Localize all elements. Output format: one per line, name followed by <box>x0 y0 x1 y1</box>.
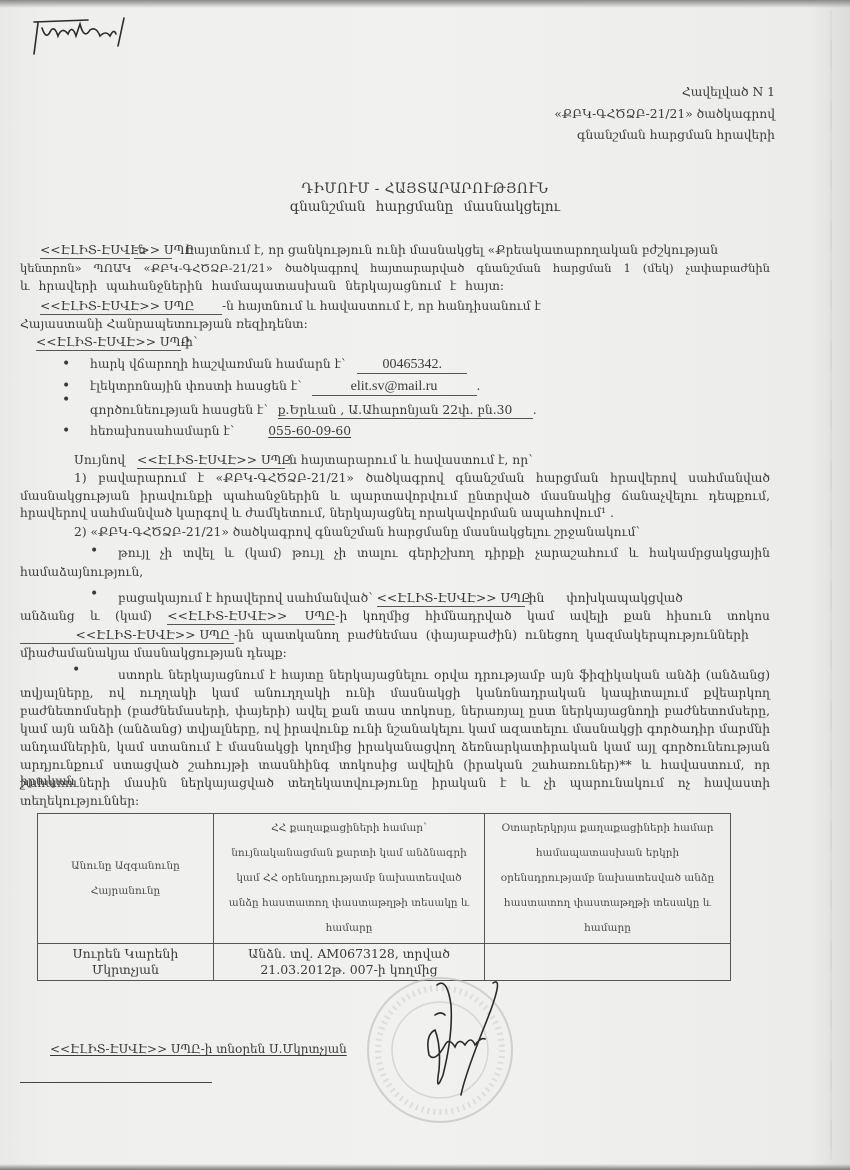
bullet-3-line-1: ստորև ներկայացնում է հայտը ներկայացնելու… <box>118 667 770 683</box>
detail-email: էլեկտրոնային փոստի հասցեն է՝ elit.sv@mai… <box>90 378 480 396</box>
clause-2-line-1: 2) «ՔԲԿ-ԳՀԾՁԲ-21/21» ծածկագրով գնանշման … <box>74 524 640 540</box>
bullet-dot: • <box>90 586 98 602</box>
bullet-3-line-2: տվյալները, ով ուղղակի կամ անուղղակի ունի… <box>20 685 770 701</box>
clause-1-line-1: 1) բավարարում է «ՔԲԿ-ԳՀԾՁԲ-21/21» ծածկագ… <box>74 470 770 486</box>
annex-doc: գնանշման հարցման հրավերի <box>577 127 775 143</box>
bullet-3-line-4: կամ այն անձի (անձանց) տվյալները, ով իրավ… <box>20 721 770 737</box>
bullet-2-line-1: բացակայում է հրավերով սահմանված՝ <<ԷԼԻՏ-… <box>118 590 683 607</box>
detail-tax-id: հարկ վճարողի հաշվառման համարն է՝ 0046534… <box>90 356 467 374</box>
bullet-3-line-3: բաժնետոմսերի (բաժնեմասերի, փայերի) ավել … <box>20 703 770 719</box>
phone-value: 055-60-09-60 <box>268 424 351 438</box>
company-name: <<ԷԼԻՏ-ԷՍՎԷ>> ՍՊԸ <box>137 452 285 469</box>
bullet-1-line-2: համաձայնություն, <box>20 564 143 580</box>
intro-line-2: կենտրոն» ՊՈԱԿ «ՔԲԿ-ԳՀԾՁԲ-21/21» ծածկագրո… <box>20 260 770 276</box>
beneficiaries-table: Անունը Ազգանունը Հայրանունը ՀՀ քաղաքացին… <box>37 813 731 981</box>
company-name: <<ԷԼԻՏ-ԷՍՎԷ>> ՍՊԸ <box>40 242 130 259</box>
beneficiary-name: Սուրեն Կարենի Մկրտչյան <box>38 944 214 981</box>
company-name: <<ԷԼԻՏ-ԷՍՎԷ>> ՍՊԸ <box>167 608 335 625</box>
detail-address: գործունեության հասցեն է՝ ք.Երևան , Ա.Ահա… <box>90 402 537 419</box>
signature-line <box>20 1082 212 1083</box>
intro-line-6: <<ԷԼԻՏ-ԷՍՎԷ>> ՍՊԸ-ի՝ <box>36 334 197 351</box>
table-header: Անունը Ազգանունը Հայրանունը <box>38 814 214 944</box>
detail-phone: հեռախոսահամարն է՝ 055-60-09-60 <box>90 423 351 439</box>
annex-code: «ՔԲԿ-ԳՀԾՁԲ-21/21» ծածկագրով <box>554 106 775 122</box>
bullet-3-line-5: անդամներին, կամ ստանում է մասնակցի կողմի… <box>20 739 770 755</box>
tax-id-value: 00465342. <box>357 357 467 374</box>
email-value: elit.sv@mail.ru <box>312 379 477 396</box>
intro-line-3: և հրավերի պահանջներին համապատասխան ներկա… <box>20 278 504 294</box>
address-value: ք.Երևան , Ա.Ահարոնյան 22փ. բն.30 <box>278 402 533 419</box>
bullet-2-line-3: <<ԷԼԻՏ-ԷՍՎԷ>> ՍՊԸ-ին պատկանող բաժնեմաս (… <box>20 627 749 644</box>
clause-1-line-2: մասնակցության իրավունքի պահանջներին և պա… <box>20 488 770 504</box>
page-subtitle: գնանշման հարցմանը մասնակցելու <box>0 199 850 215</box>
scan-bottom-shadow <box>0 1164 850 1170</box>
bullet-3-line-8: տեղեկություններ: <box>20 793 139 809</box>
table-header: ՀՀ քաղաքացիների համար՝ նույնականացման քա… <box>214 814 485 944</box>
clause-1-line-3: հրավերով սահմանված կարգով և ժամկետում, ն… <box>20 505 614 521</box>
bullet-dot: • <box>72 662 80 678</box>
intro-line-5: Հայաստանի Հանրապետության ռեզիդենտ: <box>20 316 308 332</box>
director-signature-icon <box>395 975 545 1100</box>
director-signoff: <<ԷԼԻՏ-ԷՍՎԷ>> ՍՊԸ-ի տնօրեն Ս.Մկրտչյան <box>50 1041 347 1057</box>
bullet-dot: • <box>90 543 98 559</box>
bullet-1-line-1: թույլ չի տվել և (կամ) թույլ չի տալու գեր… <box>118 545 770 561</box>
annex-label: Հավելված N 1 <box>682 84 775 100</box>
company-name: <<ԷԼԻՏ-ԷՍՎԷ>> ՍՊԸ <box>36 334 181 351</box>
bullet-3-line-7: շահառուների մասին ներկայացված տեղեկատվու… <box>20 775 770 791</box>
handwritten-signature-icon <box>28 14 138 56</box>
company-name: <<ԷԼԻՏ-ԷՍՎԷ>> ՍՊԸ <box>377 590 525 607</box>
intro-line-4: <<ԷԼԻՏ-ԷՍՎԷ>> ՍՊԸ-ն հայտնում և հավաստում… <box>40 298 541 315</box>
scan-top-shadow <box>0 0 850 8</box>
company-name: <<ԷԼԻՏ-ԷՍՎԷ>> ՍՊԸ <box>40 298 222 315</box>
page-title: ԴԻՄՈՒՄ - ՀԱՅՏԱՐԱՐՈՒԹՅՈՒՆ <box>0 181 850 197</box>
table-header: Օտարերկրյա քաղաքացիների համար համապատասխ… <box>485 814 731 944</box>
bullet-2-line-4: միաժամանակյա մասնակցության դեպք: <box>20 645 287 661</box>
declaration-intro: Սույնով <<ԷԼԻՏ-ԷՍՎԷ>> ՍՊԸ-ն հայտարարում … <box>74 452 533 469</box>
bullet-2-line-2: անձանց և (կամ) <<ԷԼԻՏ-ԷՍՎԷ>> ՍՊԸ-ի կողմի… <box>20 608 770 625</box>
company-name: <<ԷԼԻՏ-ԷՍՎԷ>> ՍՊԸ <box>20 627 234 644</box>
table-header-row: Անունը Ազգանունը Հայրանունը ՀՀ քաղաքացին… <box>38 814 731 944</box>
intro-line-1: <<ԷԼԻՏ-ԷՍՎԷ>> ՍՊԸ -ն հայտնում է, որ ցանկ… <box>40 242 770 259</box>
